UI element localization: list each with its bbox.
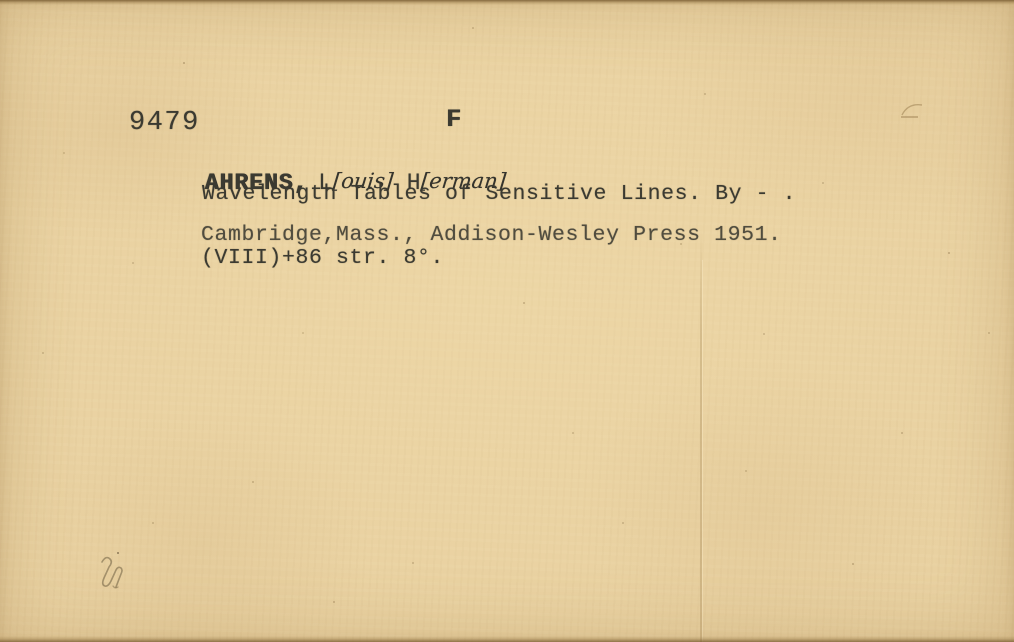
scan-vignette <box>0 0 1014 642</box>
scan-edge-top <box>0 0 1014 5</box>
scan-edge-bottom <box>0 636 1014 642</box>
catalog-card-scan: 9479 F AHRENS,L[ouis]H[erman] Wavelength… <box>0 0 1014 642</box>
